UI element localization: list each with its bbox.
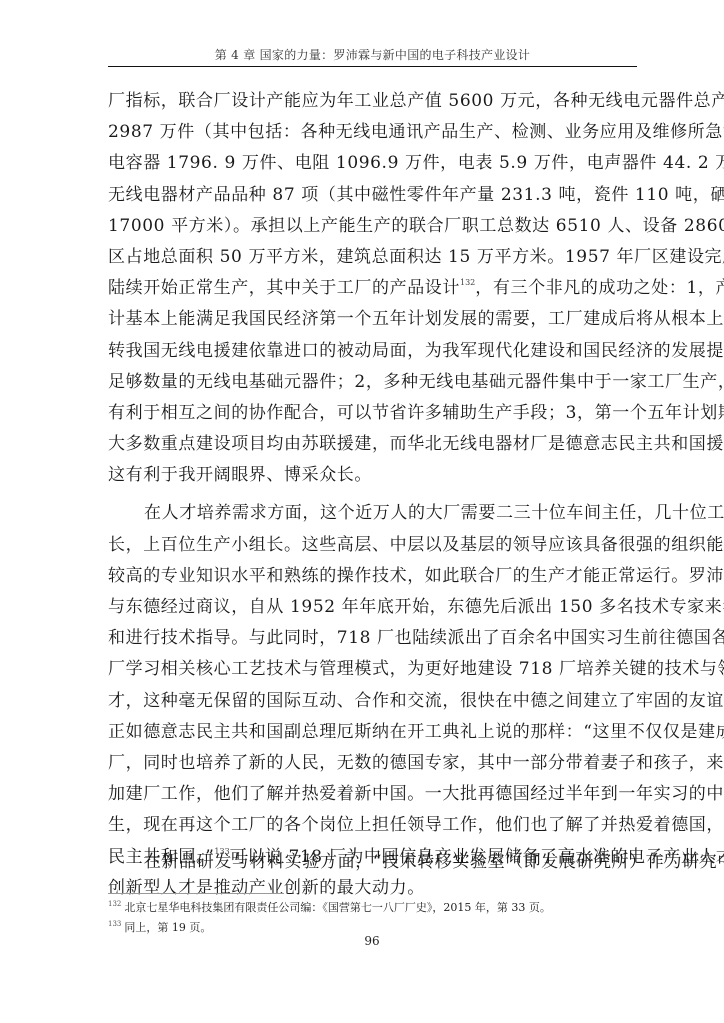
text-line: 在新品研发与材料实验方面，“技术转移实验室”（即发展研究所）作为研究中	[108, 847, 637, 878]
footnote-divider	[108, 893, 284, 894]
text-segment: 陆续开始正常生产，其中关于工厂的产品设计	[108, 278, 460, 298]
footnote-marker: 133	[108, 920, 121, 928]
text-line: 区占地总面积 50 万平方米，建筑总面积达 15 万平方米。1957 年厂区建设…	[108, 242, 637, 273]
text-line: 才，这种毫无保留的国际互动、合作和交流，很快在中德之间建立了牢固的友谊桥梁。	[108, 686, 637, 717]
text-line: 这有利于我开阔眼界、博采众长。	[108, 460, 637, 491]
paragraph-1: 厂指标，联合厂设计产能应为年工业总产值 5600 万元，各种无线电元器件总产量 …	[108, 86, 637, 491]
text-line: 有利于相互之间的协作配合，可以节省许多辅助生产手段；3，第一个五年计划期间，	[108, 398, 637, 429]
body-text: 厂指标，联合厂设计产能应为年工业总产值 5600 万元，各种无线电元器件总产量 …	[108, 86, 637, 911]
footnotes: 132北京七星华电科技集团有限责任公司编：《国营第七一八厂厂史》，2015 年，…	[108, 898, 637, 938]
text-line: 电容器 1796. 9 万件、电阻 1096.9 万件，电表 5.9 万件，电声…	[108, 148, 637, 179]
footnote-132: 132北京七星华电科技集团有限责任公司编：《国营第七一八厂厂史》，2015 年，…	[108, 898, 637, 918]
text-line: 正如德意志民主共和国副总理厄斯纳在开工典礼上说的那样：“这里不仅仅是建成一个工	[108, 717, 637, 748]
text-line: 厂指标，联合厂设计产能应为年工业总产值 5600 万元，各种无线电元器件总产量	[108, 86, 637, 117]
paragraph-3: 在新品研发与材料实验方面，“技术转移实验室”（即发展研究所）作为研究中	[108, 847, 637, 878]
document-page: 第 4 章 国家的力量：罗沛霖与新中国的电子科技产业设计 厂指标，联合厂设计产能…	[0, 0, 724, 1023]
text-line: 在人才培养需求方面，这个近万人的大厂需要二三十位车间主任，几十位工段	[108, 498, 637, 529]
text-line: 厂，同时也培养了新的人民，无数的德国专家，其中一部分带着妻子和孩子，来到这里参	[108, 748, 637, 779]
text-line: 加建厂工作，他们了解并热爱着新中国。一大批再德国经过半年到一年实习的中国实习	[108, 779, 637, 810]
text-line: 无线电器材产品品种 87 项（其中磁性零件年产量 231.3 吨，瓷件 110 …	[108, 180, 637, 211]
footnote-marker: 132	[108, 900, 121, 908]
paragraph-2: 在人才培养需求方面，这个近万人的大厂需要二三十位车间主任，几十位工段 长，上百位…	[108, 498, 637, 903]
text-line: 和进行技术指导。与此同时，718 厂也陆续派出了百余名中国实习生前往德国各大工	[108, 623, 637, 654]
text-line: 生，现在再这个工厂的各个岗位上担任领导工作，他们也了解了并热爱着德国，德意志	[108, 810, 637, 841]
header-divider	[108, 66, 637, 67]
footnote-text: 同上，第 19 页。	[124, 921, 211, 934]
page-number: 96	[342, 933, 402, 949]
text-line: 厂学习相关核心工艺技术与管理模式，为更好地建设 718 厂培养关键的技术与领导人	[108, 654, 637, 685]
text-line: 较高的专业知识水平和熟练的操作技术，如此联合厂的生产才能正常运行。罗沛霖	[108, 561, 637, 592]
text-line: 长，上百位生产小组长。这些高层、中层以及基层的领导应该具备很强的组织能力，	[108, 530, 637, 561]
text-segment: ，有三个非凡的成功之处：1，产品设	[475, 278, 724, 298]
text-line: 17000 平方米）。承担以上产能生产的联合厂职工总数达 6510 人、设备 2…	[108, 211, 637, 242]
paragraph-3-container: 在新品研发与材料实验方面，“技术转移实验室”（即发展研究所）作为研究中	[108, 847, 637, 885]
running-header: 第 4 章 国家的力量：罗沛霖与新中国的电子科技产业设计	[108, 47, 637, 63]
text-line: 陆续开始正常生产，其中关于工厂的产品设计132，有三个非凡的成功之处：1，产品设	[108, 273, 637, 304]
text-line: 2987 万件（其中包括：各种无线电通讯产品生产、检测、业务应用及维修所急需的	[108, 117, 637, 148]
footnote-ref-132[interactable]: 132	[460, 278, 475, 287]
text-line: 转我国无线电援建依靠进口的被动局面，为我军现代化建设和国民经济的发展提供	[108, 336, 637, 367]
text-line: 与东德经过商议，自从 1952 年年底开始，东德先后派出 150 多名技术专家来…	[108, 592, 637, 623]
text-line: 计基本上能满足我国民经济第一个五年计划发展的需要，工厂建成后将从根本上扭	[108, 304, 637, 335]
text-line: 大多数重点建设项目均由苏联援建，而华北无线电器材厂是德意志民主共和国援建，	[108, 429, 637, 460]
text-line: 足够数量的无线电基础元器件；2，多种无线电基础元器件集中于一家工厂生产，	[108, 367, 637, 398]
footnote-text: 北京七星华电科技集团有限责任公司编：《国营第七一八厂厂史》，2015 年，第 3…	[124, 901, 550, 914]
